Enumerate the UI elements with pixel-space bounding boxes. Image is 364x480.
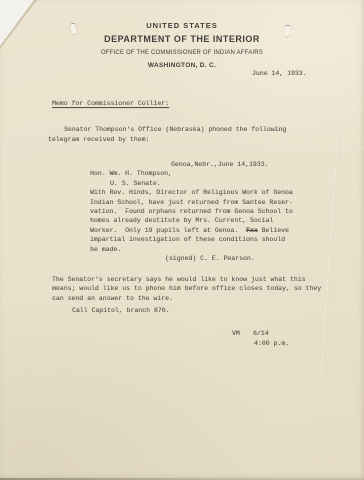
memo-date: June 14, 1933. (252, 69, 307, 78)
secretary-note-line-2: means; would like us to phone him before… (52, 284, 321, 293)
telegram-body-line: With Rev. Hinds, Director of Religious W… (90, 188, 293, 197)
letterhead-office: OFFICE OF THE COMMISSIONER OF INDIAN AFF… (0, 50, 364, 56)
secretary-note-line-1: The Senator's secretary says he would li… (52, 275, 306, 284)
paper-crease (0, 148, 364, 150)
memo-heading: Memo for Commissioner Collier: (52, 99, 169, 108)
footer-time: 4:00 p.m. (254, 339, 289, 348)
footer-initials: VM (232, 329, 240, 338)
telegram-line5-after: Believe (258, 227, 289, 234)
intro-line-2: telegram received by them: (48, 135, 149, 144)
telegram-body-line: Indian School, have just returned from S… (90, 198, 293, 207)
telegram-addressee-2: U. S. Senate. (110, 179, 161, 188)
call-instruction: Call Capitol, branch 876. (72, 306, 170, 315)
letterhead-city: WASHINGTON, D. C. (0, 62, 364, 69)
telegram-body-line: vation. Found orphans returned from Geno… (90, 207, 293, 216)
telegram-struck-word: Fxx (246, 227, 258, 234)
telegram-addressee: Hon. Wm. H. Thompson, (90, 169, 172, 178)
secretary-note-line-3: can send an answer to the wire. (52, 294, 173, 303)
memo-page: UNITED STATES DEPARTMENT OF THE INTERIOR… (0, 0, 364, 480)
letterhead-country: UNITED STATES (0, 21, 364, 30)
letterhead-department: DEPARTMENT OF THE INTERIOR (0, 34, 364, 44)
telegram-body-line: impartial investigation of these conditi… (90, 235, 285, 244)
footer-date: 6/14 (253, 329, 269, 338)
intro-line-1: Senator Thompson's Office (Nebraska) pho… (64, 125, 286, 134)
telegram-line5-before: Worker. Only 19 pupils left at Genoa. (90, 227, 246, 234)
paper-crease (321, 110, 342, 379)
telegram-dateline: Genoa,Nebr.,June 14,1933. (171, 160, 269, 169)
telegram-body-line: Worker. Only 19 pupils left at Genoa. Fx… (90, 226, 289, 235)
telegram-body-line: homes already destitute by Mrs. Current,… (90, 216, 273, 225)
telegram-body-line: be made. (90, 245, 121, 254)
telegram-signature: (signed) C. E. Pearson. (165, 254, 255, 263)
